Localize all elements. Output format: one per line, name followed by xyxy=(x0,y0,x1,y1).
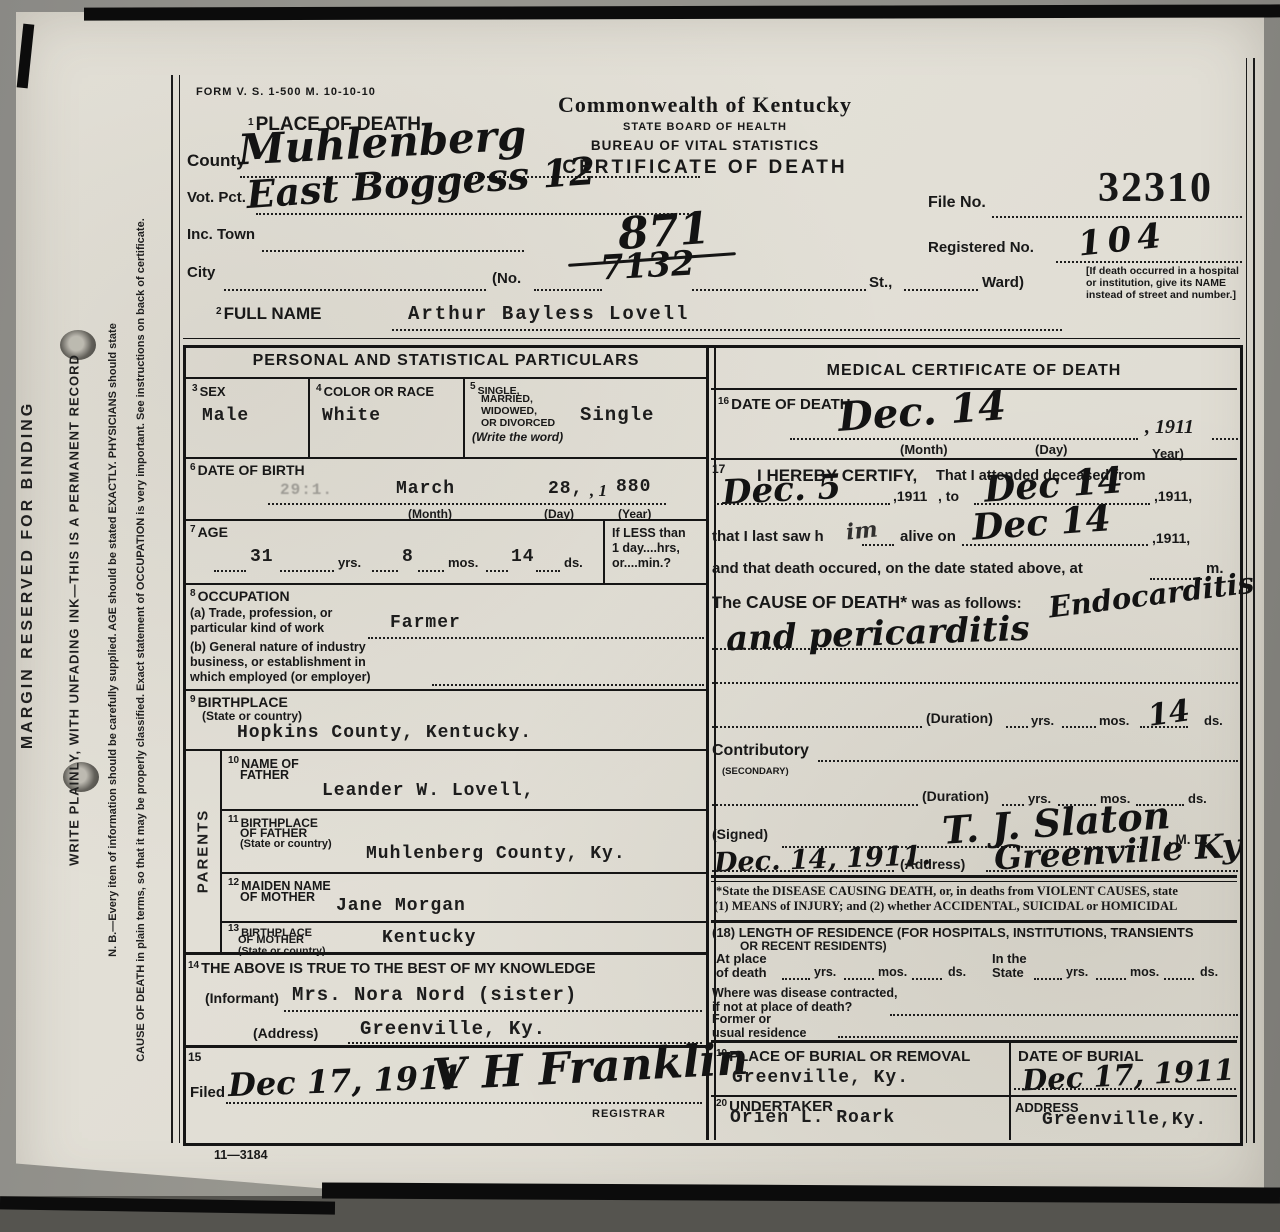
marital-label-4: OR DIVORCED xyxy=(481,417,555,429)
occupation-a-line2: particular kind of work xyxy=(190,621,324,635)
inc-town-line xyxy=(262,250,524,252)
dob-day-value: 28, xyxy=(548,479,583,499)
informant-address-value: Greenville, Ky. xyxy=(360,1018,546,1040)
former-residence-line xyxy=(838,1036,1238,1038)
duration1-yrs-label: yrs. xyxy=(1031,713,1054,728)
parents-vertical-label: PARENTS xyxy=(195,809,212,894)
to-label: , to xyxy=(938,488,959,504)
hospital-note: [If death occurred in a hospital or inst… xyxy=(1086,265,1248,301)
precinct-label: Vot. Pct. xyxy=(187,189,246,206)
duration-label-1: (Duration) xyxy=(926,710,993,726)
duration1-mos-label: mos. xyxy=(1099,713,1129,728)
street-no-line2 xyxy=(692,289,866,291)
certificate-title: CERTIFICATE OF DEATH xyxy=(555,157,855,179)
margin-permanent-record-note: WRITE PLAINLY, WITH UNFADING INK—THIS IS… xyxy=(67,354,82,866)
file-no-line xyxy=(992,216,1242,218)
inc-town-label: Inc. Town xyxy=(187,226,255,243)
in-state-label-1: In the xyxy=(992,951,1027,966)
duration2-ds-label: ds. xyxy=(1188,791,1207,806)
registered-no-label: Registered No. xyxy=(928,239,1034,256)
registrar-label: REGISTRAR xyxy=(592,1108,666,1120)
date-of-death-label: 16DATE OF DEATH xyxy=(718,396,851,413)
file-no-label: File No. xyxy=(928,194,986,212)
file-no-stamp: 32310 xyxy=(1098,164,1213,212)
age-less-than-line1: If LESS than xyxy=(612,526,686,540)
contracted-line xyxy=(890,1014,1238,1016)
street-no-label: (No. xyxy=(492,270,521,287)
occupation-label: 8OCCUPATION xyxy=(190,588,290,604)
former-residence-label-2: usual residence xyxy=(712,1026,807,1040)
state-board-subtitle: STATE BOARD OF HEALTH xyxy=(555,121,855,133)
ward-line xyxy=(904,289,978,291)
last-saw-handwritten-him: im xyxy=(845,516,879,545)
age-label: 7AGE xyxy=(190,524,228,540)
frame-line-left xyxy=(171,75,180,1143)
dob-day-caption: (Day) xyxy=(544,507,574,521)
at-place-label-2: of death xyxy=(716,965,767,980)
age-yrs-label: yrs. xyxy=(338,555,361,570)
footnote-line1: *State the DISEASE CAUSING DEATH, or, in… xyxy=(716,884,1178,899)
cause-line2-rule xyxy=(712,682,1238,684)
father-birthplace-value: Muhlenberg County, Ky. xyxy=(366,844,626,864)
informant-value: Mrs. Nora Nord (sister) xyxy=(292,984,577,1006)
occupation-b-line2: business, or establishment in xyxy=(190,655,366,669)
father-name-value: Leander W. Lovell, xyxy=(322,781,534,801)
marital-hint: (Write the word) xyxy=(472,430,563,444)
attended-to-year: ,1911, xyxy=(1154,488,1192,504)
in-state-mos: mos. xyxy=(1130,965,1159,979)
birthplace-value: Hopkins County, Kentucky. xyxy=(237,723,532,743)
sex-value: Male xyxy=(202,406,249,426)
dob-month-value: March xyxy=(396,479,455,499)
father-name-label-2: FATHER xyxy=(240,768,289,782)
father-birthplace-hint: (State or country) xyxy=(240,838,332,850)
dob-year-printed-prefix: , 1 xyxy=(590,481,607,501)
age-mos-label: mos. xyxy=(448,555,478,570)
dod-month-caption: (Month) xyxy=(900,442,948,457)
age-days-value: 14 xyxy=(511,547,535,567)
frame-line-right xyxy=(1246,58,1255,1143)
mother-birthplace-value: Kentucky xyxy=(382,928,476,948)
contributory-line xyxy=(818,760,1238,762)
st-label: St., xyxy=(869,274,892,291)
age-ds-label: ds. xyxy=(564,555,583,570)
plate-code: 11—3184 xyxy=(214,1148,268,1162)
marital-label-3: WIDOWED, xyxy=(481,405,537,417)
mother-birthplace-hint: (State or country) xyxy=(238,945,326,957)
full-name-number: 2 xyxy=(216,306,222,317)
birthplace-hint: (State or country) xyxy=(202,709,302,723)
full-name-label: 2FULL NAME xyxy=(216,304,321,324)
age-less-than-line3: or....min.? xyxy=(612,556,671,570)
box-top-hairline xyxy=(183,338,1240,339)
contributory-label: Contributory xyxy=(712,742,809,760)
age-years-value: 31 xyxy=(250,547,274,567)
at-place-mos: mos. xyxy=(878,965,907,979)
physician-address-label: (Address) xyxy=(900,856,965,872)
attended-from-year: ,1911 xyxy=(893,488,927,504)
city-label: City xyxy=(187,264,215,281)
duration1-ds-label: ds. xyxy=(1204,713,1223,728)
street-no-line1 xyxy=(534,289,602,291)
informant-address-label: (Address) xyxy=(253,1025,318,1041)
color-race-label: 4COLOR OR RACE xyxy=(316,383,434,399)
full-name-value: Arthur Bayless Lovell xyxy=(408,303,689,325)
at-place-ds: ds. xyxy=(948,965,966,979)
occupation-a-line xyxy=(368,637,704,639)
informant-label: (Informant) xyxy=(205,990,279,1006)
margin-binding-note: MARGIN RESERVED FOR BINDING xyxy=(19,401,37,749)
mother-maiden-label-2: OF MOTHER xyxy=(240,890,315,904)
dob-month-caption: (Month) xyxy=(408,507,452,521)
footnote-line2: (1) MEANS of INJURY; and (2) whether ACC… xyxy=(714,899,1177,914)
ward-label: Ward) xyxy=(982,274,1024,291)
dob-smudged-text: 29:1. xyxy=(280,481,333,499)
occupation-a-line1: (a) Trade, profession, or xyxy=(190,606,332,620)
attestation-label: 14THE ABOVE IS TRUE TO THE BEST OF MY KN… xyxy=(188,960,596,977)
secondary-label: (SECONDARY) xyxy=(722,766,789,777)
birthplace-label: 9BIRTHPLACE xyxy=(190,694,288,710)
occupation-b-line xyxy=(432,684,704,686)
margin-nb-note-line2: CAUSE OF DEATH in plain terms, so that i… xyxy=(135,218,147,1062)
age-months-value: 8 xyxy=(402,547,414,567)
dod-day-caption: (Day) xyxy=(1035,442,1068,457)
date-of-death-year: , 1911 xyxy=(1145,416,1194,439)
form-code: FORM V. S. 1-500 M. 10-10-10 xyxy=(196,86,376,98)
residence-title-line1: (18) LENGTH OF RESIDENCE (FOR HOSPITALS,… xyxy=(712,925,1194,940)
former-residence-label-1: Former or xyxy=(712,1012,771,1026)
last-saw-year: ,1911, xyxy=(1152,530,1190,546)
filed-number: 15 xyxy=(188,1050,201,1064)
occupation-b-line1: (b) General nature of industry xyxy=(190,640,366,654)
last-saw-pre-text: that I last saw h xyxy=(712,528,824,545)
occupation-b-line3: which employed (or employer) xyxy=(190,670,371,684)
mother-maiden-value: Jane Morgan xyxy=(336,896,466,916)
age-less-than-line2: 1 day....hrs, xyxy=(612,541,680,555)
medical-section-title: MEDICAL CERTIFICATE OF DEATH xyxy=(711,362,1237,380)
death-occured-text: and that death occured, on the date stat… xyxy=(712,560,1083,577)
burial-place-value: Greenville, Ky. xyxy=(732,1068,909,1088)
in-state-ds: ds. xyxy=(1200,965,1218,979)
at-place-label-1: At place xyxy=(716,951,767,966)
in-state-yrs: yrs. xyxy=(1066,965,1088,979)
county-label: County xyxy=(187,151,246,171)
alive-on-label: alive on xyxy=(900,528,956,545)
dob-line xyxy=(268,503,666,505)
dod-year-caption: Year) xyxy=(1152,446,1184,461)
marital-value: Single xyxy=(580,404,654,426)
signed-label: (Signed) xyxy=(712,826,768,842)
personal-section-title: PERSONAL AND STATISTICAL PARTICULARS xyxy=(186,352,706,370)
in-state-label-2: State xyxy=(992,965,1024,980)
commonwealth-title: Commonwealth of Kentucky xyxy=(555,92,855,118)
burial-place-label: 19PLACE OF BURIAL OR REMOVAL xyxy=(716,1048,970,1065)
margin-nb-note-line1: N. B.—Every item of information should b… xyxy=(107,323,119,957)
death-certificate-scan: { "margin_notes": { "binding": "MARGIN R… xyxy=(0,0,1280,1232)
filed-line xyxy=(226,1102,702,1104)
sex-label: 3SEX xyxy=(192,383,226,399)
attended-from-handwritten: Dec. 5 xyxy=(721,467,842,513)
undertaker-value: Orien L. Roark xyxy=(730,1108,895,1128)
marital-label-2: MARRIED, xyxy=(481,393,533,405)
street-number-handwritten: 7132 xyxy=(599,244,696,289)
city-line xyxy=(224,289,486,291)
duration-label-2: (Duration) xyxy=(922,788,989,804)
full-name-line xyxy=(392,329,1062,331)
at-place-yrs: yrs. xyxy=(814,965,836,979)
dob-year-value: 880 xyxy=(616,477,651,497)
dob-year-caption: (Year) xyxy=(618,507,651,521)
bureau-subtitle: BUREAU OF VITAL STATISTICS xyxy=(555,138,855,153)
color-race-value: White xyxy=(322,406,381,426)
filed-label: Filed xyxy=(190,1084,225,1101)
undertaker-address-value: Greenville,Ky. xyxy=(1042,1110,1207,1130)
burial-date-line xyxy=(1014,1088,1236,1090)
dob-label: 6DATE OF BIRTH xyxy=(190,462,305,478)
informant-line xyxy=(284,1010,702,1012)
occupation-a-value: Farmer xyxy=(390,613,461,633)
contracted-label-1: Where was disease contracted, xyxy=(712,986,898,1000)
